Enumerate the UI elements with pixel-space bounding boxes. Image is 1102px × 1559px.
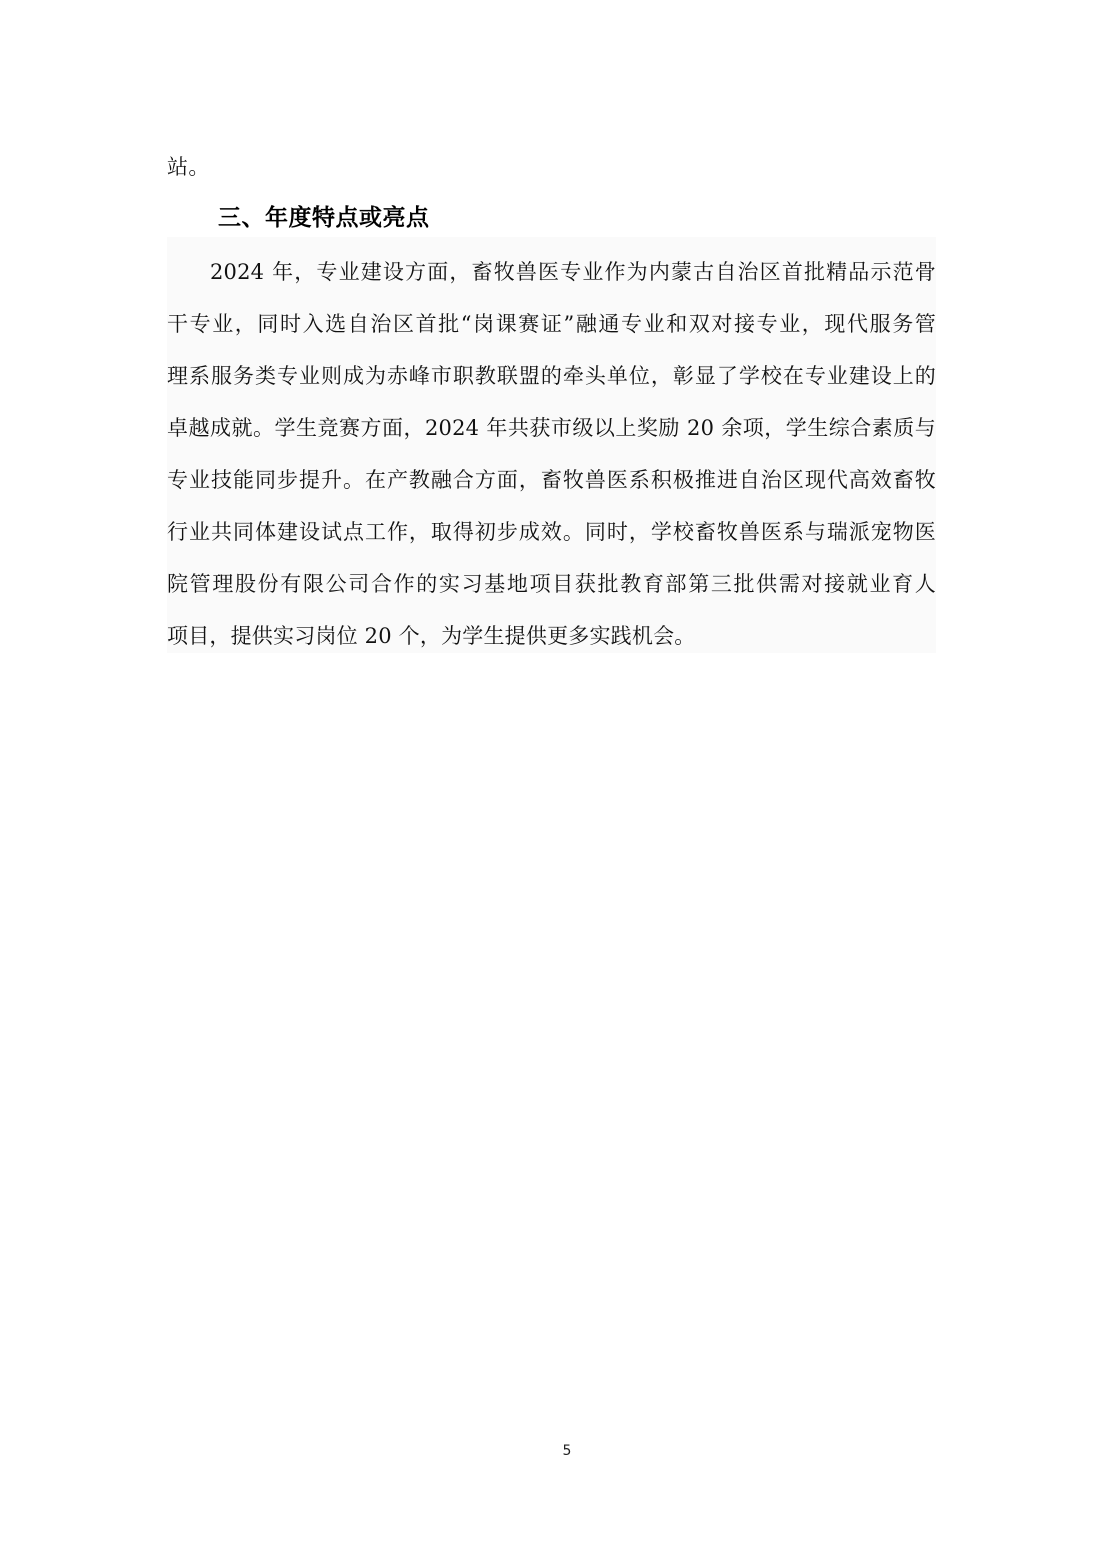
- paragraph-line: 理系服务类专业则成为赤峰市职教联盟的牵头单位，彰显了学校在专业建设上的: [167, 361, 936, 413]
- paragraph-line: 行业共同体建设试点工作，取得初步成效。同时，学校畜牧兽医系与瑞派宠物医: [167, 517, 936, 569]
- paragraph-line: 2024 年，专业建设方面，畜牧兽医专业作为内蒙古自治区首批精品示范骨: [167, 257, 936, 309]
- section-heading: 三、年度特点或亮点: [218, 203, 430, 233]
- continuation-text: 站。: [167, 154, 210, 180]
- paragraph-line: 院管理股份有限公司合作的实习基地项目获批教育部第三批供需对接就业育人: [167, 569, 936, 621]
- body-paragraph: 2024 年，专业建设方面，畜牧兽医专业作为内蒙古自治区首批精品示范骨 干专业，…: [167, 257, 936, 673]
- paragraph-line: 干专业，同时入选自治区首批“岗课赛证”融通专业和双对接专业，现代服务管: [167, 309, 936, 361]
- document-page: 站。 三、年度特点或亮点 2024 年，专业建设方面，畜牧兽医专业作为内蒙古自治…: [0, 0, 1102, 1559]
- paragraph-line: 卓越成就。学生竞赛方面，2024 年共获市级以上奖励 20 余项，学生综合素质与: [167, 413, 936, 465]
- paragraph-line: 项目，提供实习岗位 20 个，为学生提供更多实践机会。: [167, 621, 936, 673]
- page-number: 5: [0, 1443, 1102, 1459]
- paragraph-line: 专业技能同步提升。在产教融合方面，畜牧兽医系积极推进自治区现代高效畜牧: [167, 465, 936, 517]
